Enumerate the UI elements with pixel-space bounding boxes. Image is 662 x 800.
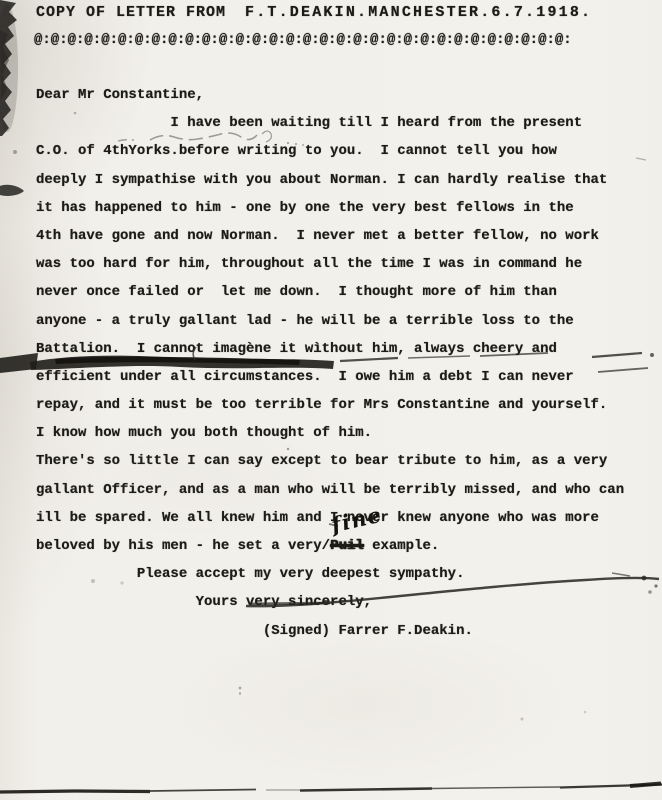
- signature-line: (Signed) Farrer F.Deakin.: [36, 617, 636, 645]
- closing-line: Please accept my very deepest sympathy.: [36, 560, 636, 588]
- letter-line: I know how much you both thought of him.: [36, 419, 636, 447]
- letter-line: 4th have gone and now Norman. I never me…: [36, 222, 636, 250]
- letter-page: COPY OF LETTER FROM F.T.DEAKIN.MANCHESTE…: [0, 0, 662, 800]
- letter-line: gallant Officer, and as a man who will b…: [36, 476, 636, 504]
- stain-top-left-edge: [0, 0, 24, 196]
- corrected-line-prefix: beloved by his men - he set a very/: [36, 538, 330, 554]
- letter-line: C.O. of 4thYorks.before writing to you. …: [36, 137, 636, 165]
- letter-body: Dear Mr Constantine, I have been waiting…: [36, 81, 636, 645]
- header-author-date: F.T.DEAKIN.MANCHESTER.6.7.1918.: [245, 4, 592, 21]
- letter-line: deeply I sympathise with you about Norma…: [36, 166, 636, 194]
- letter-line: never once failed or let me down. I thou…: [36, 278, 636, 306]
- salutation: Dear Mr Constantine,: [36, 81, 636, 109]
- letter-line: it has happened to him - one by one the …: [36, 194, 636, 222]
- header-copy-label: COPY OF LETTER FROM: [36, 4, 226, 21]
- divider-row: @:@:@:@:@:@:@:@:@:@:@:@:@:@:@:@:@:@:@:@:…: [34, 32, 572, 48]
- letter-line: I have been waiting till I heard from th…: [36, 109, 636, 137]
- struck-word: Puil: [330, 538, 364, 554]
- corrected-line-suffix: example.: [364, 538, 440, 554]
- letter-line: efficient under all circumstances. I owe…: [36, 363, 636, 391]
- letter-line: There's so little I can say except to be…: [36, 447, 636, 475]
- letter-line: repay, and it must be too terrible for M…: [36, 391, 636, 419]
- closing-line: Yours very sincerely,: [36, 588, 636, 616]
- scan-bottom-edge: [0, 784, 662, 793]
- letter-line: was too hard for him, throughout all the…: [36, 250, 636, 278]
- letter-line: anyone - a truly gallant lad - he will b…: [36, 307, 636, 335]
- letter-line: Battalion. I cannot imagène it wìthout h…: [36, 335, 636, 363]
